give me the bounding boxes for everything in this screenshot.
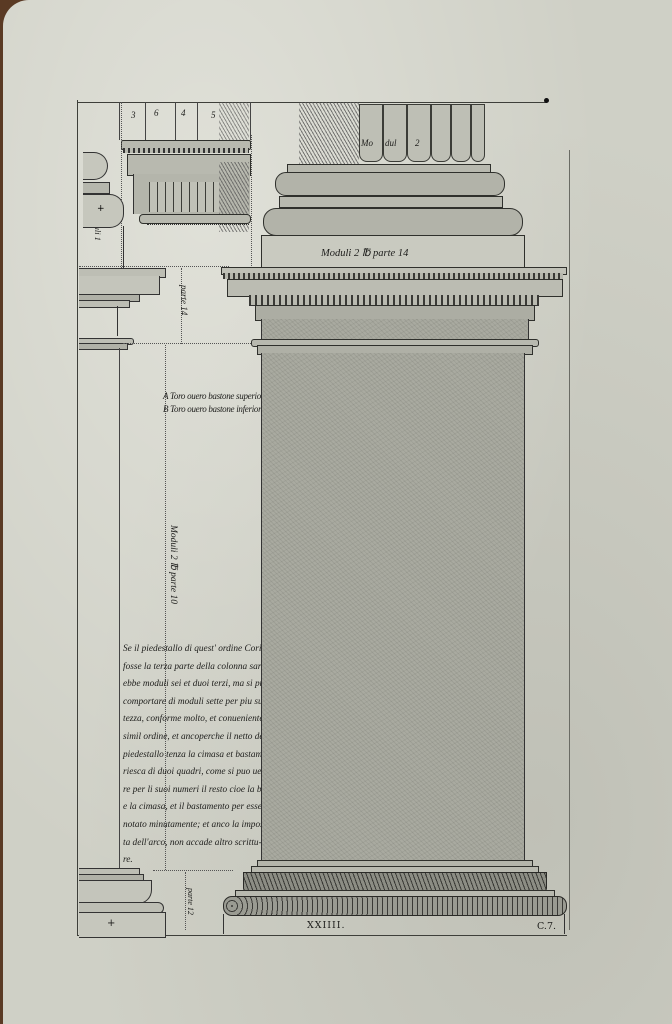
plinth-box [223, 914, 565, 934]
legend-b: B Toro ouero bastone inferiore [163, 404, 265, 414]
description-line: comportare di moduli sette per piu suel [123, 694, 263, 712]
shaft-label-1: Mo [361, 138, 373, 148]
plate-border-left [77, 100, 78, 936]
guide-line [79, 266, 229, 267]
column-base: Mo dul 2 [259, 102, 529, 267]
legend-a: A Toro ouero bastone superior [163, 391, 264, 401]
engraving-plate: 6 3 4 5 Moduli 1 + [3, 0, 672, 1024]
shaft-label-3: 2 [415, 138, 420, 148]
description-line: Se il piedestallo di quest' ordine Corin… [123, 641, 263, 659]
description-line: tezza, conforme molto, et conueniente a [123, 711, 263, 729]
pedestal-cornice [221, 267, 567, 357]
description-line: ebbe moduli sei et duoi terzi, ma si puo [123, 676, 263, 694]
guide-line [251, 135, 252, 270]
die-height-label: Moduli 2 ℔ parte 10 [168, 525, 179, 604]
pedestal-die [261, 353, 525, 861]
plate-signature: C.7. [537, 921, 556, 932]
description-line: ta dell'arco, non accade altro scrittu- [123, 835, 263, 853]
description-line: e la cimasa, et il bastamento per essere [123, 799, 263, 817]
description-line: fosse la terza parte della colonna sar- [123, 659, 263, 677]
capital-number-4: 4 [181, 108, 186, 118]
ink-spot [544, 98, 549, 103]
plate-border-right [569, 150, 570, 930]
base-height-label: Moduli 2 ℔ parte 14 [321, 247, 408, 259]
shaft-label-2: dul [385, 138, 397, 148]
pedestal-base [221, 860, 567, 920]
plinth-height-label: parte 12 [186, 888, 195, 915]
description-line: riesca di duoi quadri, come si puo uede- [123, 764, 263, 782]
plate-number: XXIIII. [307, 920, 346, 931]
description-paragraph: Se il piedestallo di quest' ordine Corin… [123, 641, 263, 870]
description-line: piedestallo tenza la cimasa et bastament… [123, 747, 263, 765]
description-line: simil ordine, et ancoperche il netto del [123, 729, 263, 747]
description-line: re per li suoi numeri il resto cioe la b… [123, 782, 263, 800]
description-line: notato minutamente; et anco la impos- [123, 817, 263, 835]
cornice-height-label: parte 14 [179, 285, 189, 315]
capital-number-5: 5 [211, 110, 216, 120]
